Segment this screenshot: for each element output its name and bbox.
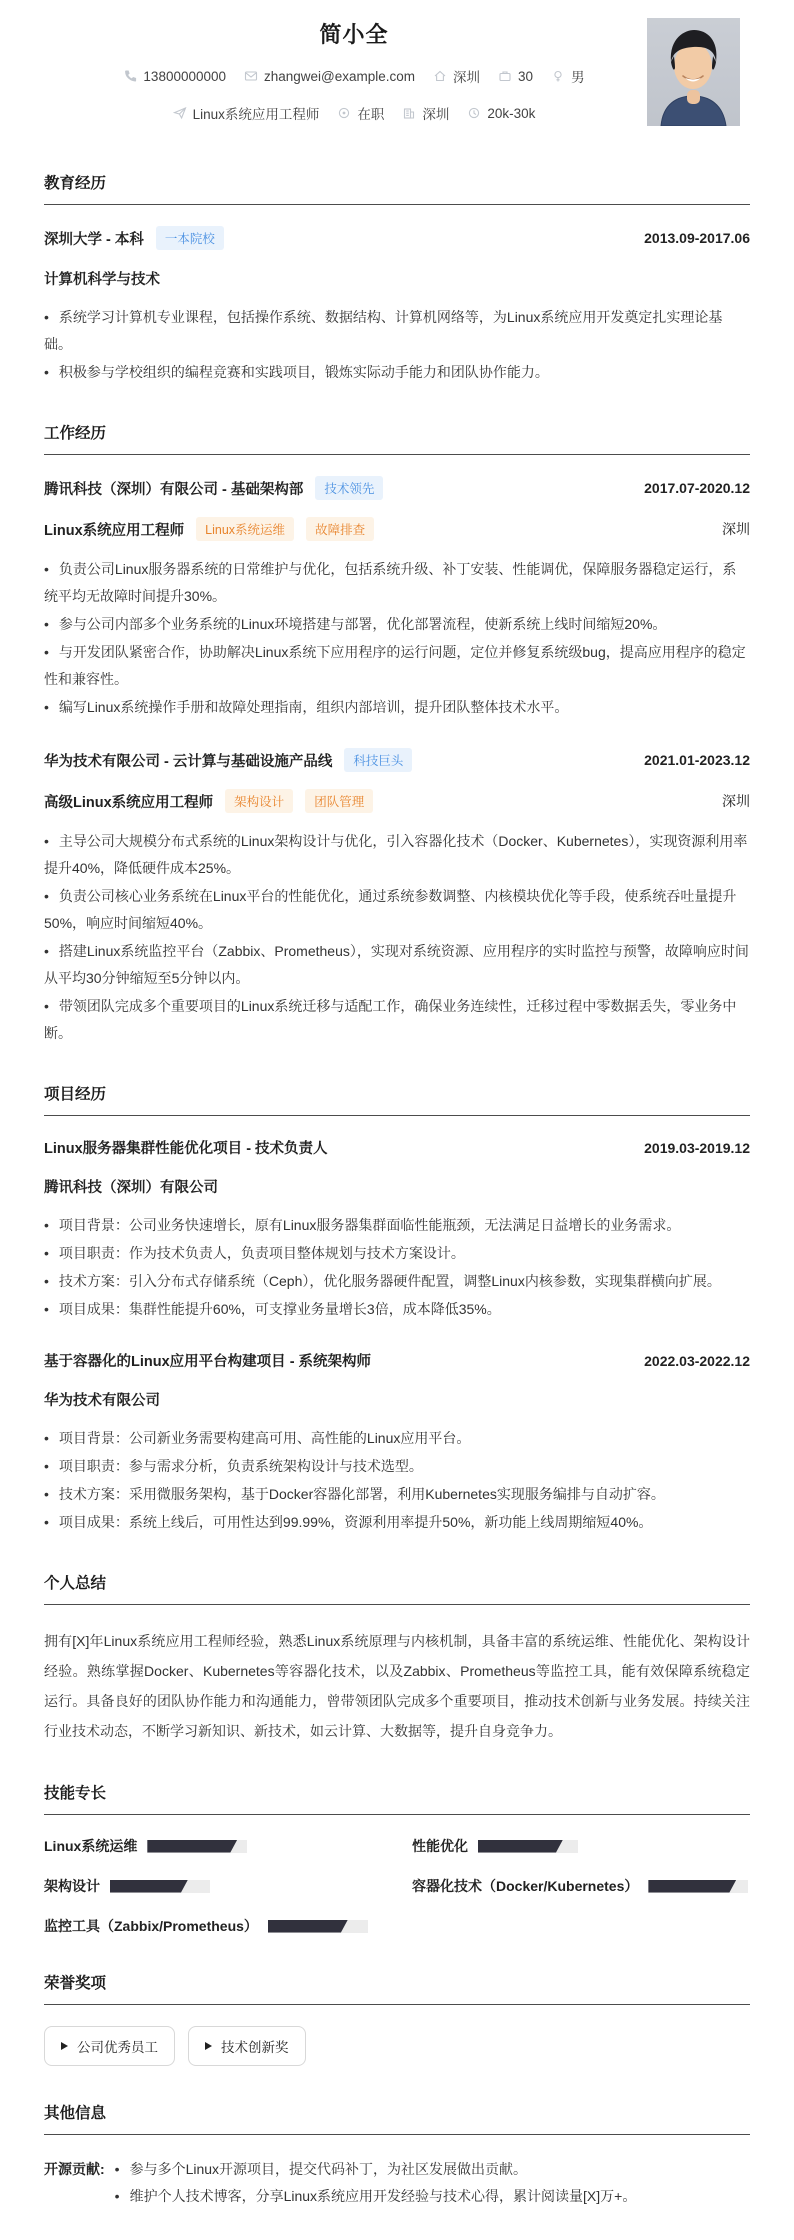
honor-label: 公司优秀员工 bbox=[77, 2036, 158, 2056]
project-date: 2022.03-2022.12 bbox=[644, 1353, 750, 1369]
bullet-item: 项目职责：作为技术负责人，负责项目整体规划与技术方案设计。 bbox=[44, 1240, 750, 1267]
job-tag: 团队管理 bbox=[305, 789, 373, 813]
skill-fill bbox=[648, 1880, 736, 1893]
section-title-projects: 项目经历 bbox=[44, 1082, 750, 1116]
phone-item: 13800000000 bbox=[123, 69, 226, 84]
bullet-item: 项目背景：公司业务快速增长，原有Linux服务器集群面临性能瓶颈，无法满足日益增… bbox=[44, 1212, 750, 1239]
project-company: 腾讯科技（深圳）有限公司 bbox=[44, 1176, 750, 1197]
summary-text: 拥有[X]年Linux系统应用工程师经验，熟悉Linux系统原理与内核机制，具备… bbox=[44, 1626, 750, 1746]
bullet-item: 负责公司核心业务系统在Linux平台的性能优化，通过系统参数调整、内核模块优化等… bbox=[44, 883, 750, 937]
job-entry: 华为技术有限公司 - 云计算与基础设施产品线 科技巨头 2021.01-2023… bbox=[44, 748, 750, 1047]
section-work: 工作经历 腾讯科技（深圳）有限公司 - 基础架构部 技术领先 2017.07-2… bbox=[44, 421, 750, 1047]
education-date: 2013.09-2017.06 bbox=[644, 230, 750, 246]
bullet-item: 系统学习计算机专业课程，包括操作系统、数据结构、计算机网络等，为Linux系统应… bbox=[44, 304, 750, 358]
home-city-value: 深圳 bbox=[453, 66, 480, 86]
job-role: Linux系统应用工程师 bbox=[44, 519, 184, 540]
skill-item: 监控工具（Zabbix/Prometheus） bbox=[44, 1916, 382, 1936]
section-title-summary: 个人总结 bbox=[44, 1571, 750, 1605]
gender-value: 男 bbox=[571, 66, 585, 86]
gender-icon bbox=[551, 69, 565, 83]
job-location: 深圳 bbox=[722, 519, 750, 539]
status-icon bbox=[337, 106, 351, 120]
bullet-item: 与开发团队紧密合作，协助解决Linux系统下应用程序的运行问题，定位并修复系统级… bbox=[44, 639, 750, 693]
resume-header: 简小全 13800000000 zhangwei@example.com bbox=[44, 14, 750, 136]
skill-fill bbox=[268, 1920, 348, 1933]
bullet-item: 维护个人技术博客，分享Linux系统应用开发经验与技术心得，累计阅读量[X]万+… bbox=[115, 2183, 637, 2210]
bullet-item: 带领团队完成多个重要项目的Linux系统迁移与适配工作，确保业务连续性，迁移过程… bbox=[44, 993, 750, 1047]
section-projects: 项目经历 Linux服务器集群性能优化项目 - 技术负责人 2019.03-20… bbox=[44, 1082, 750, 1536]
bullet-item: 项目背景：公司新业务需要构建高可用、高性能的Linux应用平台。 bbox=[44, 1425, 750, 1452]
position-item: Linux系统应用工程师 bbox=[173, 103, 320, 123]
bullet-item: 主导公司大规模分布式系统的Linux架构设计与优化，引入容器化技术（Docker… bbox=[44, 828, 750, 882]
section-title-honors: 荣誉奖项 bbox=[44, 1971, 750, 2005]
project-name: Linux服务器集群性能优化项目 - 技术负责人 bbox=[44, 1137, 328, 1158]
home-item: 深圳 bbox=[433, 66, 480, 86]
skill-label: 容器化技术（Docker/Kubernetes） bbox=[412, 1876, 638, 1896]
bullet-item: 编写Linux系统操作手册和故障处理指南，组织内部培训，提升团队整体技术水平。 bbox=[44, 694, 750, 721]
skill-fill bbox=[147, 1840, 237, 1853]
project-entry: 基于容器化的Linux应用平台构建项目 - 系统架构师 2022.03-2022… bbox=[44, 1350, 750, 1536]
contact-row-1: 13800000000 zhangwei@example.com 深圳 bbox=[44, 66, 664, 86]
skill-label: Linux系统运维 bbox=[44, 1836, 137, 1856]
email-icon bbox=[244, 69, 258, 83]
bullet-item: 技术方案：引入分布式存储系统（Ceph），优化服务器硬件配置，调整Linux内核… bbox=[44, 1268, 750, 1295]
skill-bar bbox=[268, 1920, 368, 1933]
skill-fill bbox=[110, 1880, 188, 1893]
gender-item: 男 bbox=[551, 66, 585, 86]
company-name: 华为技术有限公司 - 云计算与基础设施产品线 bbox=[44, 750, 332, 771]
position-icon bbox=[173, 106, 187, 120]
project-company: 华为技术有限公司 bbox=[44, 1389, 750, 1410]
bullet-item: 技术方案：采用微服务架构，基于Docker容器化部署，利用Kubernetes实… bbox=[44, 1481, 750, 1508]
honor-badge[interactable]: 公司优秀员工 bbox=[44, 2026, 175, 2066]
project-entry: Linux服务器集群性能优化项目 - 技术负责人 2019.03-2019.12… bbox=[44, 1137, 750, 1323]
phone-icon bbox=[123, 69, 137, 83]
email-value: zhangwei@example.com bbox=[264, 69, 415, 84]
work-city-value: 深圳 bbox=[422, 103, 449, 123]
phone-value: 13800000000 bbox=[143, 69, 226, 84]
profile-photo bbox=[647, 18, 740, 126]
city-icon bbox=[402, 106, 416, 120]
skills-grid: Linux系统运维 性能优化 架构设计 容器化技术（Docker/Kuberne… bbox=[44, 1836, 750, 1936]
bullet-item: 积极参与学校组织的编程竞赛和实践项目，锻炼实际动手能力和团队协作能力。 bbox=[44, 359, 750, 386]
home-icon bbox=[433, 69, 447, 83]
resume-page: 简小全 13800000000 zhangwei@example.com bbox=[0, 0, 794, 2240]
position-value: Linux系统应用工程师 bbox=[193, 103, 320, 123]
contact-row-2: Linux系统应用工程师 在职 深圳 bbox=[44, 103, 664, 123]
job-tag: Linux系统运维 bbox=[196, 517, 294, 541]
section-education: 教育经历 深圳大学 - 本科 一本院校 2013.09-2017.06 计算机科… bbox=[44, 171, 750, 386]
section-other: 其他信息 开源贡献: 参与多个Linux开源项目，提交代码补丁，为社区发展做出贡… bbox=[44, 2101, 750, 2210]
status-value: 在职 bbox=[357, 103, 384, 123]
job-entry: 腾讯科技（深圳）有限公司 - 基础架构部 技术领先 2017.07-2020.1… bbox=[44, 476, 750, 721]
honor-badge[interactable]: 技术创新奖 bbox=[188, 2026, 306, 2066]
job-date: 2021.01-2023.12 bbox=[644, 752, 750, 768]
skill-label: 架构设计 bbox=[44, 1876, 100, 1896]
email-item: zhangwei@example.com bbox=[244, 69, 415, 84]
job-location: 深圳 bbox=[722, 791, 750, 811]
job-date: 2017.07-2020.12 bbox=[644, 480, 750, 496]
section-honors: 荣誉奖项 公司优秀员工 技术创新奖 bbox=[44, 1971, 750, 2066]
section-title-education: 教育经历 bbox=[44, 171, 750, 205]
play-icon bbox=[61, 2042, 68, 2050]
job-tag: 故障排查 bbox=[306, 517, 374, 541]
company-badge: 科技巨头 bbox=[344, 748, 412, 772]
job-role: 高级Linux系统应用工程师 bbox=[44, 791, 213, 812]
candidate-name: 简小全 bbox=[44, 14, 664, 49]
salary-value: 20k-30k bbox=[487, 106, 535, 121]
skill-label: 性能优化 bbox=[412, 1836, 468, 1856]
other-info-label: 开源贡献: bbox=[44, 2156, 105, 2183]
honor-label: 技术创新奖 bbox=[221, 2036, 289, 2056]
status-item: 在职 bbox=[337, 103, 384, 123]
bullet-item: 项目职责：参与需求分析，负责系统架构设计与技术选型。 bbox=[44, 1453, 750, 1480]
honors-list: 公司优秀员工 技术创新奖 bbox=[44, 2026, 750, 2066]
skill-bar bbox=[110, 1880, 210, 1893]
section-title-other: 其他信息 bbox=[44, 2101, 750, 2135]
major-name: 计算机科学与技术 bbox=[44, 268, 750, 289]
project-name: 基于容器化的Linux应用平台构建项目 - 系统架构师 bbox=[44, 1350, 371, 1371]
section-summary: 个人总结 拥有[X]年Linux系统应用工程师经验，熟悉Linux系统原理与内核… bbox=[44, 1571, 750, 1746]
section-title-work: 工作经历 bbox=[44, 421, 750, 455]
play-icon bbox=[205, 2042, 212, 2050]
bullet-item: 项目成果：系统上线后，可用性达到99.99%，资源利用率提升50%，新功能上线周… bbox=[44, 1509, 750, 1536]
bullet-item: 参与公司内部多个业务系统的Linux环境搭建与部署，优化部署流程，使新系统上线时… bbox=[44, 611, 750, 638]
header-main: 简小全 13800000000 zhangwei@example.com bbox=[44, 14, 664, 123]
school-name: 深圳大学 - 本科 bbox=[44, 228, 144, 249]
section-title-skills: 技能专长 bbox=[44, 1781, 750, 1815]
bullet-item: 搭建Linux系统监控平台（Zabbix、Prometheus），实现对系统资源… bbox=[44, 938, 750, 992]
section-skills: 技能专长 Linux系统运维 性能优化 架构设计 容器化技术（Docker/Ku… bbox=[44, 1781, 750, 1936]
skill-bar bbox=[147, 1840, 247, 1853]
company-name: 腾讯科技（深圳）有限公司 - 基础架构部 bbox=[44, 478, 303, 499]
skill-bar bbox=[648, 1880, 748, 1893]
age-item: 30 bbox=[498, 69, 533, 84]
skill-item: 容器化技术（Docker/Kubernetes） bbox=[412, 1876, 750, 1896]
city-item: 深圳 bbox=[402, 103, 449, 123]
skill-label: 监控工具（Zabbix/Prometheus） bbox=[44, 1916, 258, 1936]
school-badge: 一本院校 bbox=[156, 226, 224, 250]
salary-item: 20k-30k bbox=[467, 106, 535, 121]
salary-icon bbox=[467, 106, 481, 120]
job-tag: 架构设计 bbox=[225, 789, 293, 813]
project-date: 2019.03-2019.12 bbox=[644, 1140, 750, 1156]
age-value: 30 bbox=[518, 69, 533, 84]
bullet-item: 参与多个Linux开源项目，提交代码补丁，为社区发展做出贡献。 bbox=[115, 2156, 637, 2183]
company-badge: 技术领先 bbox=[315, 476, 383, 500]
bullet-item: 负责公司Linux服务器系统的日常维护与优化，包括系统升级、补丁安装、性能调优，… bbox=[44, 556, 750, 610]
bullet-item: 项目成果：集群性能提升60%，可支撑业务量增长3倍，成本降低35%。 bbox=[44, 1296, 750, 1323]
skill-bar bbox=[478, 1840, 578, 1853]
skill-item: Linux系统运维 bbox=[44, 1836, 382, 1856]
skill-fill bbox=[478, 1840, 563, 1853]
skill-item: 性能优化 bbox=[412, 1836, 750, 1856]
skill-item: 架构设计 bbox=[44, 1876, 382, 1896]
age-icon bbox=[498, 69, 512, 83]
